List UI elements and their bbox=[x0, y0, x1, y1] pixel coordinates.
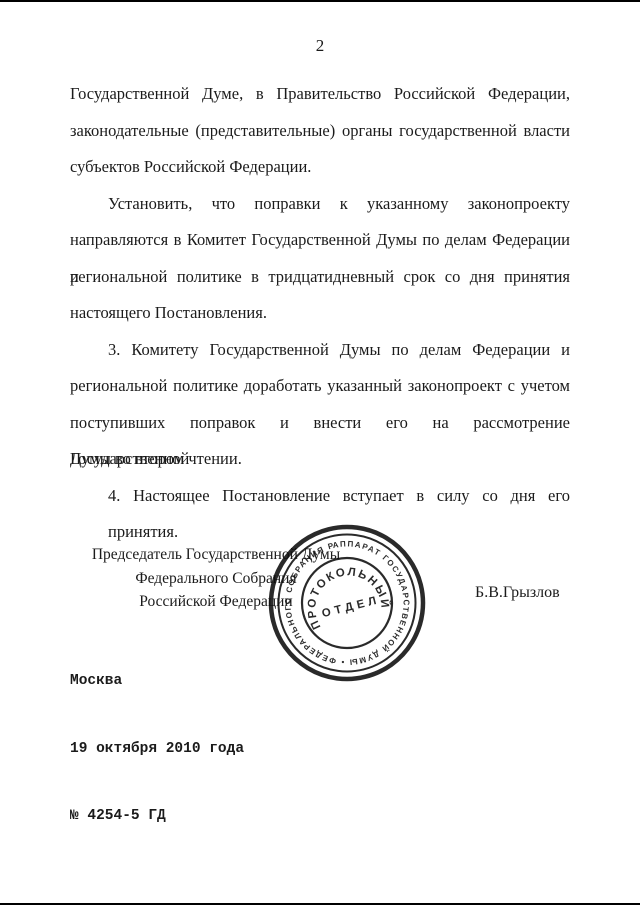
document-body: Государственной Думе, в Правительство Ро… bbox=[70, 76, 570, 514]
stamp-arc-text: ПРОТОКОЛЬНЫЙ bbox=[297, 557, 393, 631]
page-number: 2 bbox=[0, 36, 640, 56]
signature-name: Б.В.Грызлов bbox=[475, 584, 560, 602]
body-line: законодательные (представительные) орган… bbox=[70, 113, 570, 150]
body-line: настоящего Постановления. bbox=[70, 295, 570, 332]
stamp-center-text: ОТДЕЛ bbox=[321, 594, 382, 620]
body-line: Установить, что поправки к указанному за… bbox=[70, 186, 570, 223]
footer-block: Москва 19 октября 2010 года № 4254-5 ГД bbox=[70, 625, 244, 873]
body-line: поступивших поправок и внести его на рас… bbox=[70, 405, 570, 442]
protocol-department-stamp: АППАРАТ ГОСУДАРСТВЕННОЙ ДУМЫ • ФЕДЕРАЛЬН… bbox=[266, 522, 428, 684]
body-line: 4. Настоящее Постановление вступает в си… bbox=[70, 478, 570, 515]
body-line: субъектов Российской Федерации. bbox=[70, 149, 570, 186]
body-line: 3. Комитету Государственной Думы по дела… bbox=[70, 332, 570, 369]
body-line: региональной политике доработать указанн… bbox=[70, 368, 570, 405]
body-line: Государственной Думе, в Правительство Ро… bbox=[70, 76, 570, 113]
body-line: направляются в Комитет Государственной Д… bbox=[70, 222, 570, 259]
page-top-edge bbox=[0, 0, 640, 2]
body-line: региональной политике в тридцатидневный … bbox=[70, 259, 570, 296]
footer-city: Москва bbox=[70, 670, 244, 693]
footer-number: № 4254-5 ГД bbox=[70, 805, 244, 828]
footer-date: 19 октября 2010 года bbox=[70, 738, 244, 761]
document-page: 2 Государственной Думе, в Правительство … bbox=[0, 0, 640, 905]
body-line: Думы во втором чтении. bbox=[70, 441, 570, 478]
